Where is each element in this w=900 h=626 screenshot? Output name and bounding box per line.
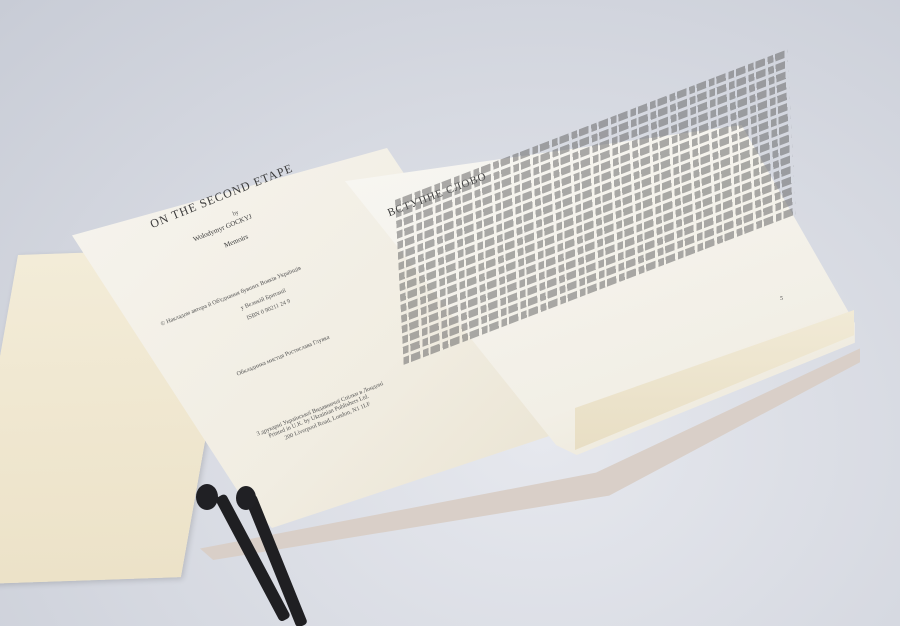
page-number: 5 xyxy=(780,296,783,302)
mallet-head-left xyxy=(196,484,218,510)
mallet-head-right xyxy=(236,486,256,510)
